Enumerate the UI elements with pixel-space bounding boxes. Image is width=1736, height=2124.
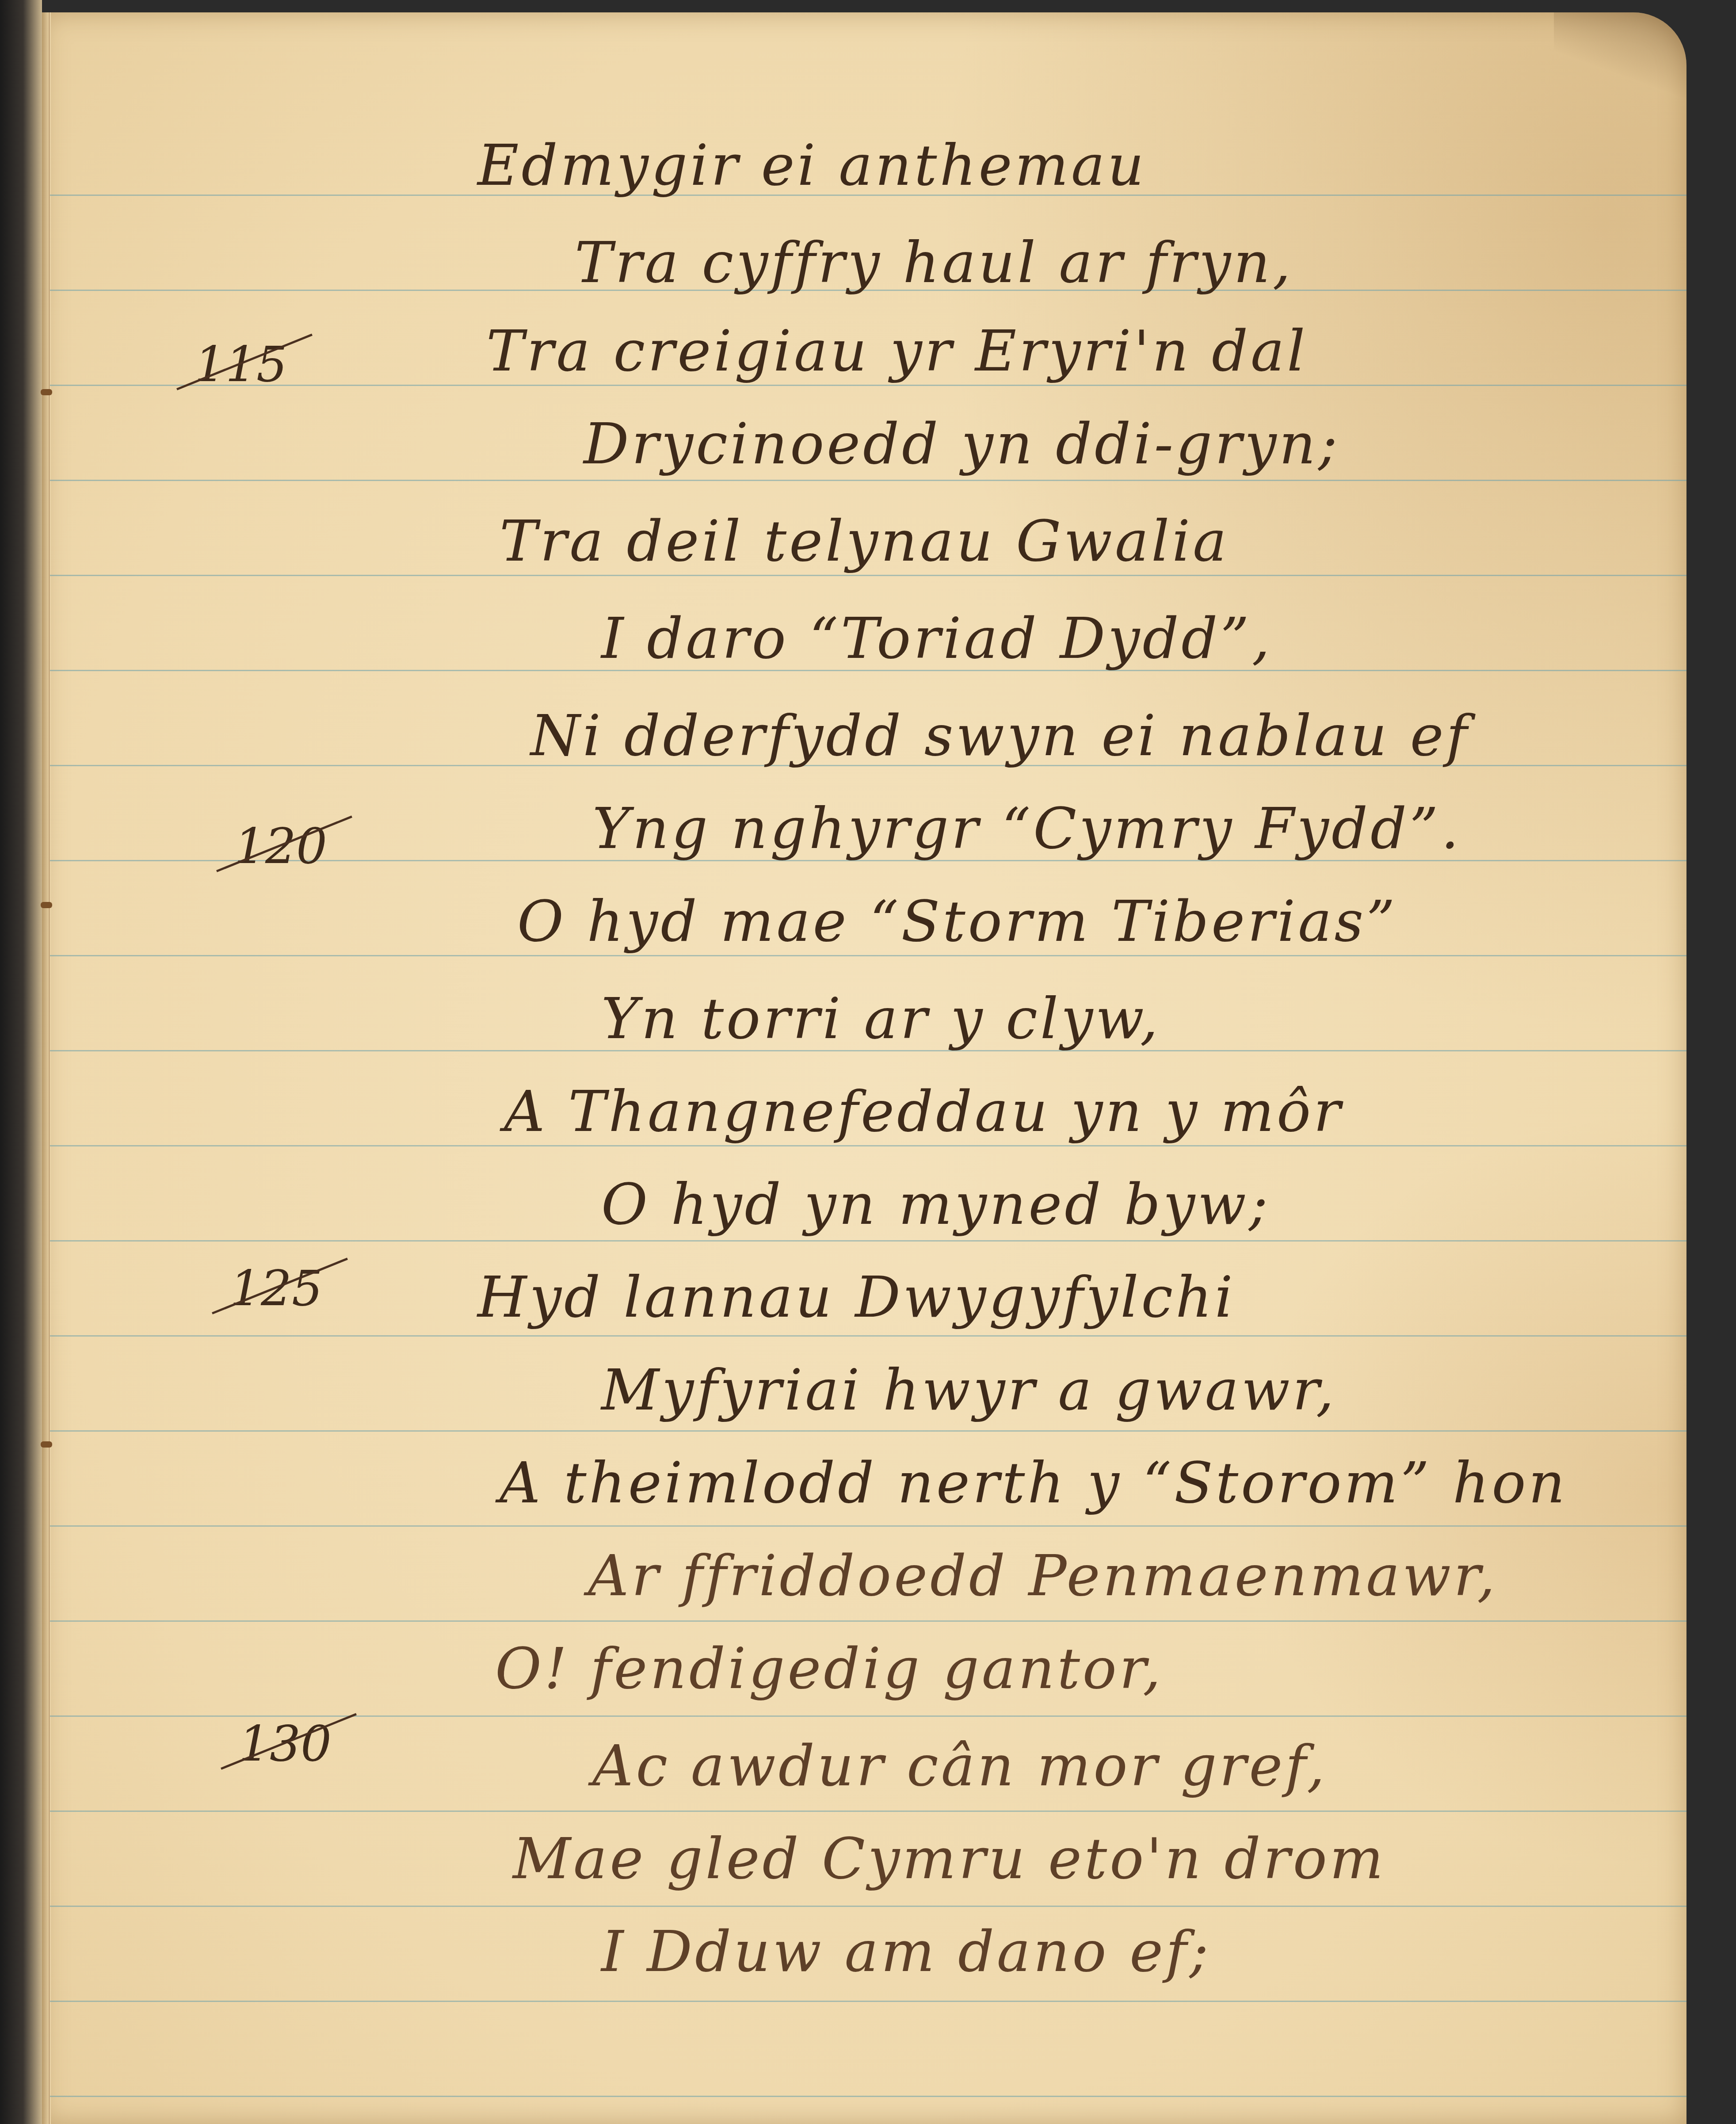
ruled-line	[50, 1145, 1686, 1146]
poem-line: Drycinoedd yn ddi-gryn;	[584, 411, 1340, 477]
ruled-line	[50, 1811, 1686, 1812]
ruled-line	[50, 1906, 1686, 1907]
ruled-line	[50, 575, 1686, 576]
ruled-line	[50, 955, 1686, 956]
ruled-line	[50, 2001, 1686, 2002]
ruled-line	[50, 1335, 1686, 1337]
corner-fold	[1554, 12, 1686, 110]
poem-line: Yn torri ar y clyw,	[601, 986, 1160, 1052]
poem-line: Edmygir ei anthemau	[477, 133, 1147, 199]
poem-line: O hyd mae “Storm Tiberias”	[517, 889, 1398, 955]
staple-hole-bottom	[41, 1441, 52, 1448]
ruled-line	[50, 1525, 1686, 1527]
line-number: 115	[195, 336, 287, 393]
ruled-line	[50, 1430, 1686, 1432]
ruled-line	[50, 1240, 1686, 1242]
notebook-binding	[0, 0, 42, 2124]
ruled-line	[50, 2096, 1686, 2097]
poem-line: A Thangnefeddau yn y môr	[504, 1079, 1343, 1145]
line-number: 130	[239, 1715, 332, 1772]
poem-line: Tra deil telynau Gwalia	[500, 508, 1229, 574]
poem-line: A theimlodd nerth y “Storom” hon	[500, 1450, 1568, 1516]
poem-line: Tra creigiau yr Eryri'n dal	[486, 318, 1308, 384]
staple-hole-middle	[41, 902, 52, 908]
poem-line: O hyd yn myned byw;	[601, 1172, 1271, 1238]
margin-rule	[49, 12, 50, 2124]
line-number: 120	[234, 818, 327, 875]
poem-line: Ac awdur cân mor gref,	[592, 1733, 1328, 1799]
ruled-line	[50, 480, 1686, 481]
poem-line: Yng nghyrgr “Cymry Fydd”.	[592, 796, 1461, 862]
staple-hole-top	[41, 389, 52, 395]
ruled-line	[50, 1620, 1686, 1622]
poem-line: O! fendigedig gantor,	[495, 1636, 1164, 1702]
poem-line: Myfyriai hwyr a gwawr,	[601, 1357, 1337, 1423]
poem-line: Ni dderfydd swyn ei nablau ef	[530, 703, 1470, 769]
poem-line: Ar ffriddoedd Penmaenmawr,	[588, 1543, 1498, 1609]
poem-line: Hyd lannau Dwygyfylchi	[477, 1264, 1236, 1330]
poem-line: I daro “Toriad Dydd”,	[601, 606, 1272, 672]
ruled-line	[50, 385, 1686, 386]
line-number: 125	[230, 1260, 323, 1317]
poem-line: Mae gled Cymru eto'n drom	[513, 1826, 1386, 1892]
poem-line: Tra cyffry haul ar fryn,	[575, 230, 1293, 296]
poem-line: I Dduw am dano ef;	[601, 1919, 1211, 1985]
